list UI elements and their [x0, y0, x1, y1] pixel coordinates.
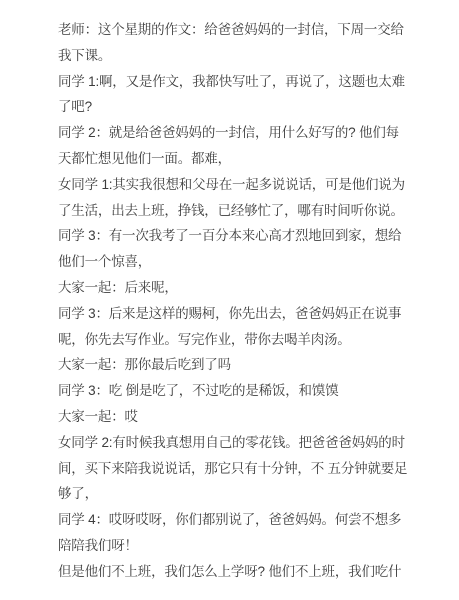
dialogue-line: 老师：这个星期的作文：给爸爸妈妈的一封信，下周一交给: [58, 17, 411, 43]
dialogue-paragraph: 大家一起：那你最后吃到了吗: [58, 352, 411, 378]
dialogue-line: 了吧?: [58, 94, 411, 120]
dialogue-line: 女同学 1:其实我很想和父母在一起多说说话，可是他们说为: [58, 172, 411, 198]
dialogue-line: 我下课。: [58, 43, 411, 69]
dialogue-paragraph: 同学 4：哎呀哎呀，你们都别说了，爸爸妈妈。何尝不想多陪陪我们呀！: [58, 507, 411, 559]
dialogue-line: 够了，: [58, 481, 411, 507]
dialogue-line: 了生活，出去上班，挣钱，已经够忙了，哪有时间听你说。: [58, 198, 411, 224]
dialogue-line: 间，买下来陪我说说话，那它只有十分钟，不 五分钟就要足: [58, 456, 411, 482]
dialogue-paragraph: 女同学 1:其实我很想和父母在一起多说说话，可是他们说为了生活，出去上班，挣钱，…: [58, 172, 411, 224]
dialogue-line: 同学 1:啊，又是作文，我都快写吐了，再说了，这题也太难: [58, 69, 411, 95]
dialogue-paragraph: 大家一起：哎: [58, 404, 411, 430]
dialogue-paragraph: 同学 1:啊，又是作文，我都快写吐了，再说了，这题也太难了吧?: [58, 69, 411, 121]
dialogue-transcript: 老师：这个星期的作文：给爸爸妈妈的一封信，下周一交给我下课。同学 1:啊，又是作…: [0, 0, 459, 585]
dialogue-line: 大家一起：后来呢，: [58, 275, 411, 301]
dialogue-line: 他们一个惊喜，: [58, 249, 411, 275]
dialogue-line: 但是他们不上班，我们怎么上学呀? 他们不上班，我们吃什: [58, 559, 411, 585]
dialogue-line: 同学 3：后来是这样的赐柯，你先出去，爸爸妈妈正在说事: [58, 301, 411, 327]
dialogue-paragraph: 同学 3：有一次我考了一百分本来心高才烈地回到家，想给他们一个惊喜，: [58, 223, 411, 275]
dialogue-line: 女同学 2:有时候我真想用自己的零花钱。把爸爸爸妈妈的时: [58, 430, 411, 456]
dialogue-line: 同学 3：有一次我考了一百分本来心高才烈地回到家，想给: [58, 223, 411, 249]
dialogue-paragraph: 大家一起：后来呢，: [58, 275, 411, 301]
dialogue-paragraph: 同学 2：就是给爸爸妈妈的一封信，用什么好写的? 他们每天都忙想见他们一面。都难…: [58, 120, 411, 172]
dialogue-line: 同学 2：就是给爸爸妈妈的一封信，用什么好写的? 他们每: [58, 120, 411, 146]
dialogue-line: 大家一起：那你最后吃到了吗: [58, 352, 411, 378]
dialogue-paragraph: 女同学 2:有时候我真想用自己的零花钱。把爸爸爸妈妈的时间，买下来陪我说说话，那…: [58, 430, 411, 507]
document-page: 老师：这个星期的作文：给爸爸妈妈的一封信，下周一交给我下课。同学 1:啊，又是作…: [0, 0, 459, 600]
dialogue-paragraph: 同学 3：吃 倒是吃了，不过吃的是稀饭，和馍馍: [58, 378, 411, 404]
dialogue-paragraph: 老师：这个星期的作文：给爸爸妈妈的一封信，下周一交给我下课。: [58, 17, 411, 69]
dialogue-line: 大家一起：哎: [58, 404, 411, 430]
dialogue-line: 同学 4：哎呀哎呀，你们都别说了，爸爸妈妈。何尝不想多: [58, 507, 411, 533]
dialogue-paragraph: 但是他们不上班，我们怎么上学呀? 他们不上班，我们吃什: [58, 559, 411, 585]
dialogue-line: 同学 3：吃 倒是吃了，不过吃的是稀饭，和馍馍: [58, 378, 411, 404]
dialogue-paragraph: 同学 3：后来是这样的赐柯，你先出去，爸爸妈妈正在说事呢，你先去写作业。写完作业…: [58, 301, 411, 353]
dialogue-line: 呢，你先去写作业。写完作业，带你去喝羊肉汤。: [58, 327, 411, 353]
dialogue-line: 陪陪我们呀！: [58, 533, 411, 559]
dialogue-line: 天都忙想见他们一面。都难，: [58, 146, 411, 172]
